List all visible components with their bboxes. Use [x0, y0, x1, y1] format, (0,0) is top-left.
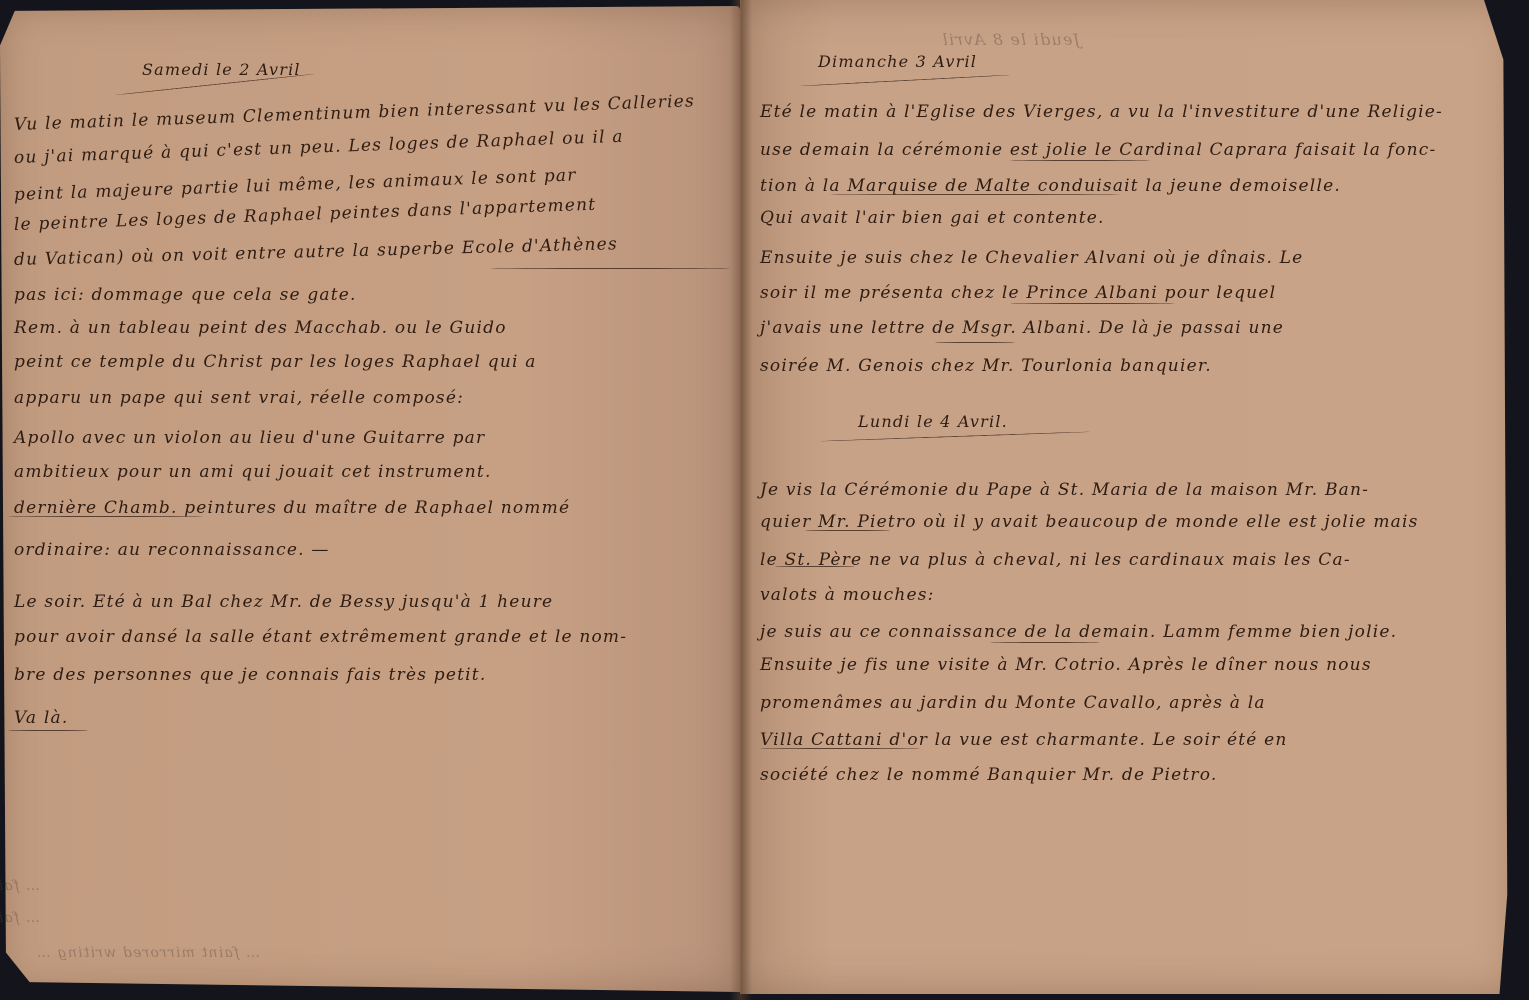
bleed-through-line-3: … faint mirrored writing … [36, 945, 260, 961]
right-line-11: quier Mr. Pietro où il y avait beaucoup … [760, 512, 1419, 532]
left-line-7: Rem. à un tableau peint des Macchab. ou … [14, 318, 507, 338]
right-line-14: je suis au ce connaissance de la demain.… [760, 622, 1397, 642]
right-line-4: Qui avait l'air bien gai et contente. [760, 208, 1105, 228]
underline-demain [990, 642, 1100, 643]
underline-msgr [935, 342, 1015, 343]
right-line-18: société chez le nommé Banquier Mr. de Pi… [760, 765, 1217, 785]
underline-caprara [1010, 160, 1150, 161]
underline-prince-albani [1010, 303, 1175, 304]
right-line-1: Eté le matin à l'Eglise des Vierges, a v… [760, 102, 1443, 122]
left-line-12: dernière Chamb. peintures du maître de R… [14, 498, 570, 518]
left-line-14: Le soir. Eté à un Bal chez Mr. de Bessy … [14, 592, 553, 612]
left-line-13: ordinaire: au reconnaissance. — [14, 540, 330, 560]
right-line-8: soirée M. Genois chez Mr. Tourlonia banq… [760, 356, 1212, 376]
right-line-17: Villa Cattani d'or la vue est charmante.… [760, 730, 1288, 750]
left-line-17: Va là. [14, 708, 68, 728]
left-line-16: bre des personnes que je connais fais tr… [14, 665, 486, 685]
bleed-through-line-1: … faint mirrored writing from reverse si… [0, 878, 40, 894]
right-page-subheading: Lundi le 4 Avril. [858, 412, 1008, 431]
left-line-11: ambitieux pour un ami qui jouait cet ins… [14, 462, 492, 482]
underline-villa-cattani [760, 748, 920, 749]
right-line-15: Ensuite je fis une visite à Mr. Cotrio. … [760, 655, 1372, 675]
left-line-9: apparu un pape qui sent vrai, réelle com… [14, 388, 464, 408]
right-line-12: le St. Père ne va plus à cheval, ni les … [760, 550, 1351, 570]
underline-mr-pietro [805, 530, 890, 531]
underline-st-pere [775, 566, 855, 567]
underline-va-la [8, 730, 88, 731]
right-page-heading: Dimanche 3 Avril [818, 52, 977, 71]
right-line-3: tion à la Marquise de Malte conduisait l… [760, 176, 1341, 196]
underline-marquise-malte [830, 194, 1120, 195]
right-page-faint-header: Jeudi le 8 Avril [941, 30, 1080, 49]
left-line-8: peint ce temple du Christ par les loges … [14, 352, 537, 372]
underline-ecole-athenes [490, 268, 730, 269]
left-line-10: Apollo avec un violon au lieu d'une Guit… [14, 428, 485, 448]
book-gutter [730, 0, 752, 1000]
left-line-6: pas ici: dommage que cela se gate. [14, 285, 357, 305]
right-line-13: valots à mouches: [760, 585, 935, 605]
right-line-16: promenâmes au jardin du Monte Cavallo, a… [760, 693, 1266, 713]
left-page-heading: Samedi le 2 Avril [142, 60, 301, 79]
right-line-2: use demain la cérémonie est jolie le Car… [760, 140, 1436, 160]
left-line-15: pour avoir dansé la salle étant extrêmem… [14, 627, 627, 647]
right-line-7: j'avais une lettre de Msgr. Albani. De l… [760, 318, 1284, 338]
bleed-through-line-2: … faint mirrored writing from reverse si… [0, 910, 40, 926]
right-line-10: Je vis la Cérémonie du Pape à St. Maria … [760, 480, 1369, 500]
right-line-5: Ensuite je suis chez le Chevalier Alvani… [760, 248, 1303, 268]
underline-derniere-chamb [8, 516, 203, 517]
right-line-6: soir il me présenta chez le Prince Alban… [760, 283, 1276, 303]
